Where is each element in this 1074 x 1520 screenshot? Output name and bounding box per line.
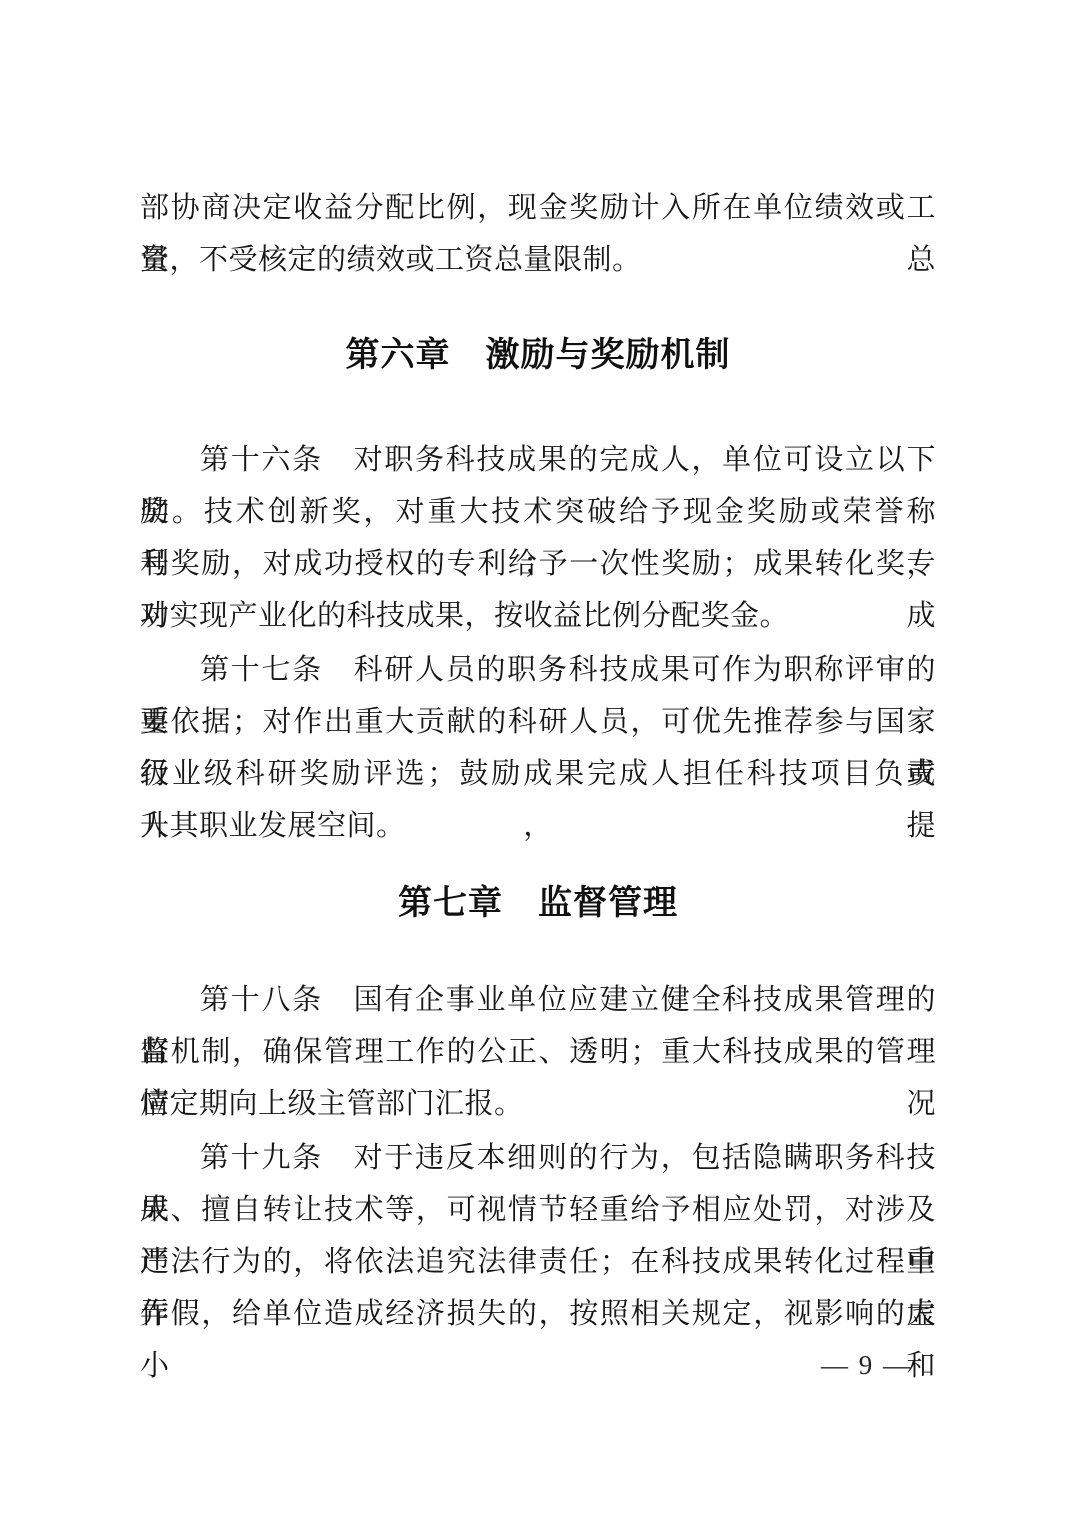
paragraph-article-18: 第十八条 国有企事业单位应建立健全科技成果管理的监 督机制，确保管理工作的公正、… bbox=[140, 974, 936, 1130]
paragraph-intro-continuation: 部协商决定收益分配比例，现金奖励计入所在单位绩效或工资总 量，不受核定的绩效或工… bbox=[140, 182, 936, 286]
paragraph-article-16: 第十六条 对职务科技成果的完成人，单位可设立以下奖 励。技术创新奖，对重大技术突… bbox=[140, 434, 936, 642]
body-text-line: 作假，给单位造成经济损失的，按照相关规定，视影响的大小和 bbox=[140, 1288, 936, 1340]
chapter-7-heading: 第七章 监督管理 bbox=[140, 880, 936, 926]
body-text-line: 第十六条 对职务科技成果的完成人，单位可设立以下奖 bbox=[140, 434, 936, 486]
body-text-line: 第十八条 国有企事业单位应建立健全科技成果管理的监 bbox=[140, 974, 936, 1026]
body-text-line: 违法行为的，将依法追究法律责任；在科技成果转化过程中弄虚 bbox=[140, 1236, 936, 1288]
body-text-line: 行业级科研奖励评选；鼓励成果完成人担任科技项目负责人，提 bbox=[140, 748, 936, 800]
page-number: — 9 — bbox=[821, 1350, 912, 1380]
body-text-line: 第十七条 科研人员的职务科技成果可作为职称评审的重 bbox=[140, 644, 936, 696]
document-page: 部协商决定收益分配比例，现金奖励计入所在单位绩效或工资总 量，不受核定的绩效或工… bbox=[0, 0, 1074, 1520]
body-text-line: 督机制，确保管理工作的公正、透明；重大科技成果的管理情况 bbox=[140, 1026, 936, 1078]
body-text-line: 励。技术创新奖，对重大技术突破给予现金奖励或荣誉称号；专 bbox=[140, 486, 936, 538]
body-text-line: 果、擅自转让技术等，可视情节轻重给予相应处罚，对涉及严重 bbox=[140, 1184, 936, 1236]
paragraph-article-19: 第十九条 对于违反本细则的行为，包括隐瞒职务科技成 果、擅自转让技术等，可视情节… bbox=[140, 1132, 936, 1340]
paragraph-article-17: 第十七条 科研人员的职务科技成果可作为职称评审的重 要依据；对作出重大贡献的科研… bbox=[140, 644, 936, 852]
body-text-line: 第十九条 对于违反本细则的行为，包括隐瞒职务科技成 bbox=[140, 1132, 936, 1184]
body-text-line: 部协商决定收益分配比例，现金奖励计入所在单位绩效或工资总 bbox=[140, 182, 936, 234]
body-text-line: 利奖励，对成功授权的专利给予一次性奖励；成果转化奖，对成 bbox=[140, 538, 936, 590]
chapter-6-heading: 第六章 激励与奖励机制 bbox=[140, 332, 936, 378]
body-text-line: 要依据；对作出重大贡献的科研人员，可优先推荐参与国家级或 bbox=[140, 696, 936, 748]
